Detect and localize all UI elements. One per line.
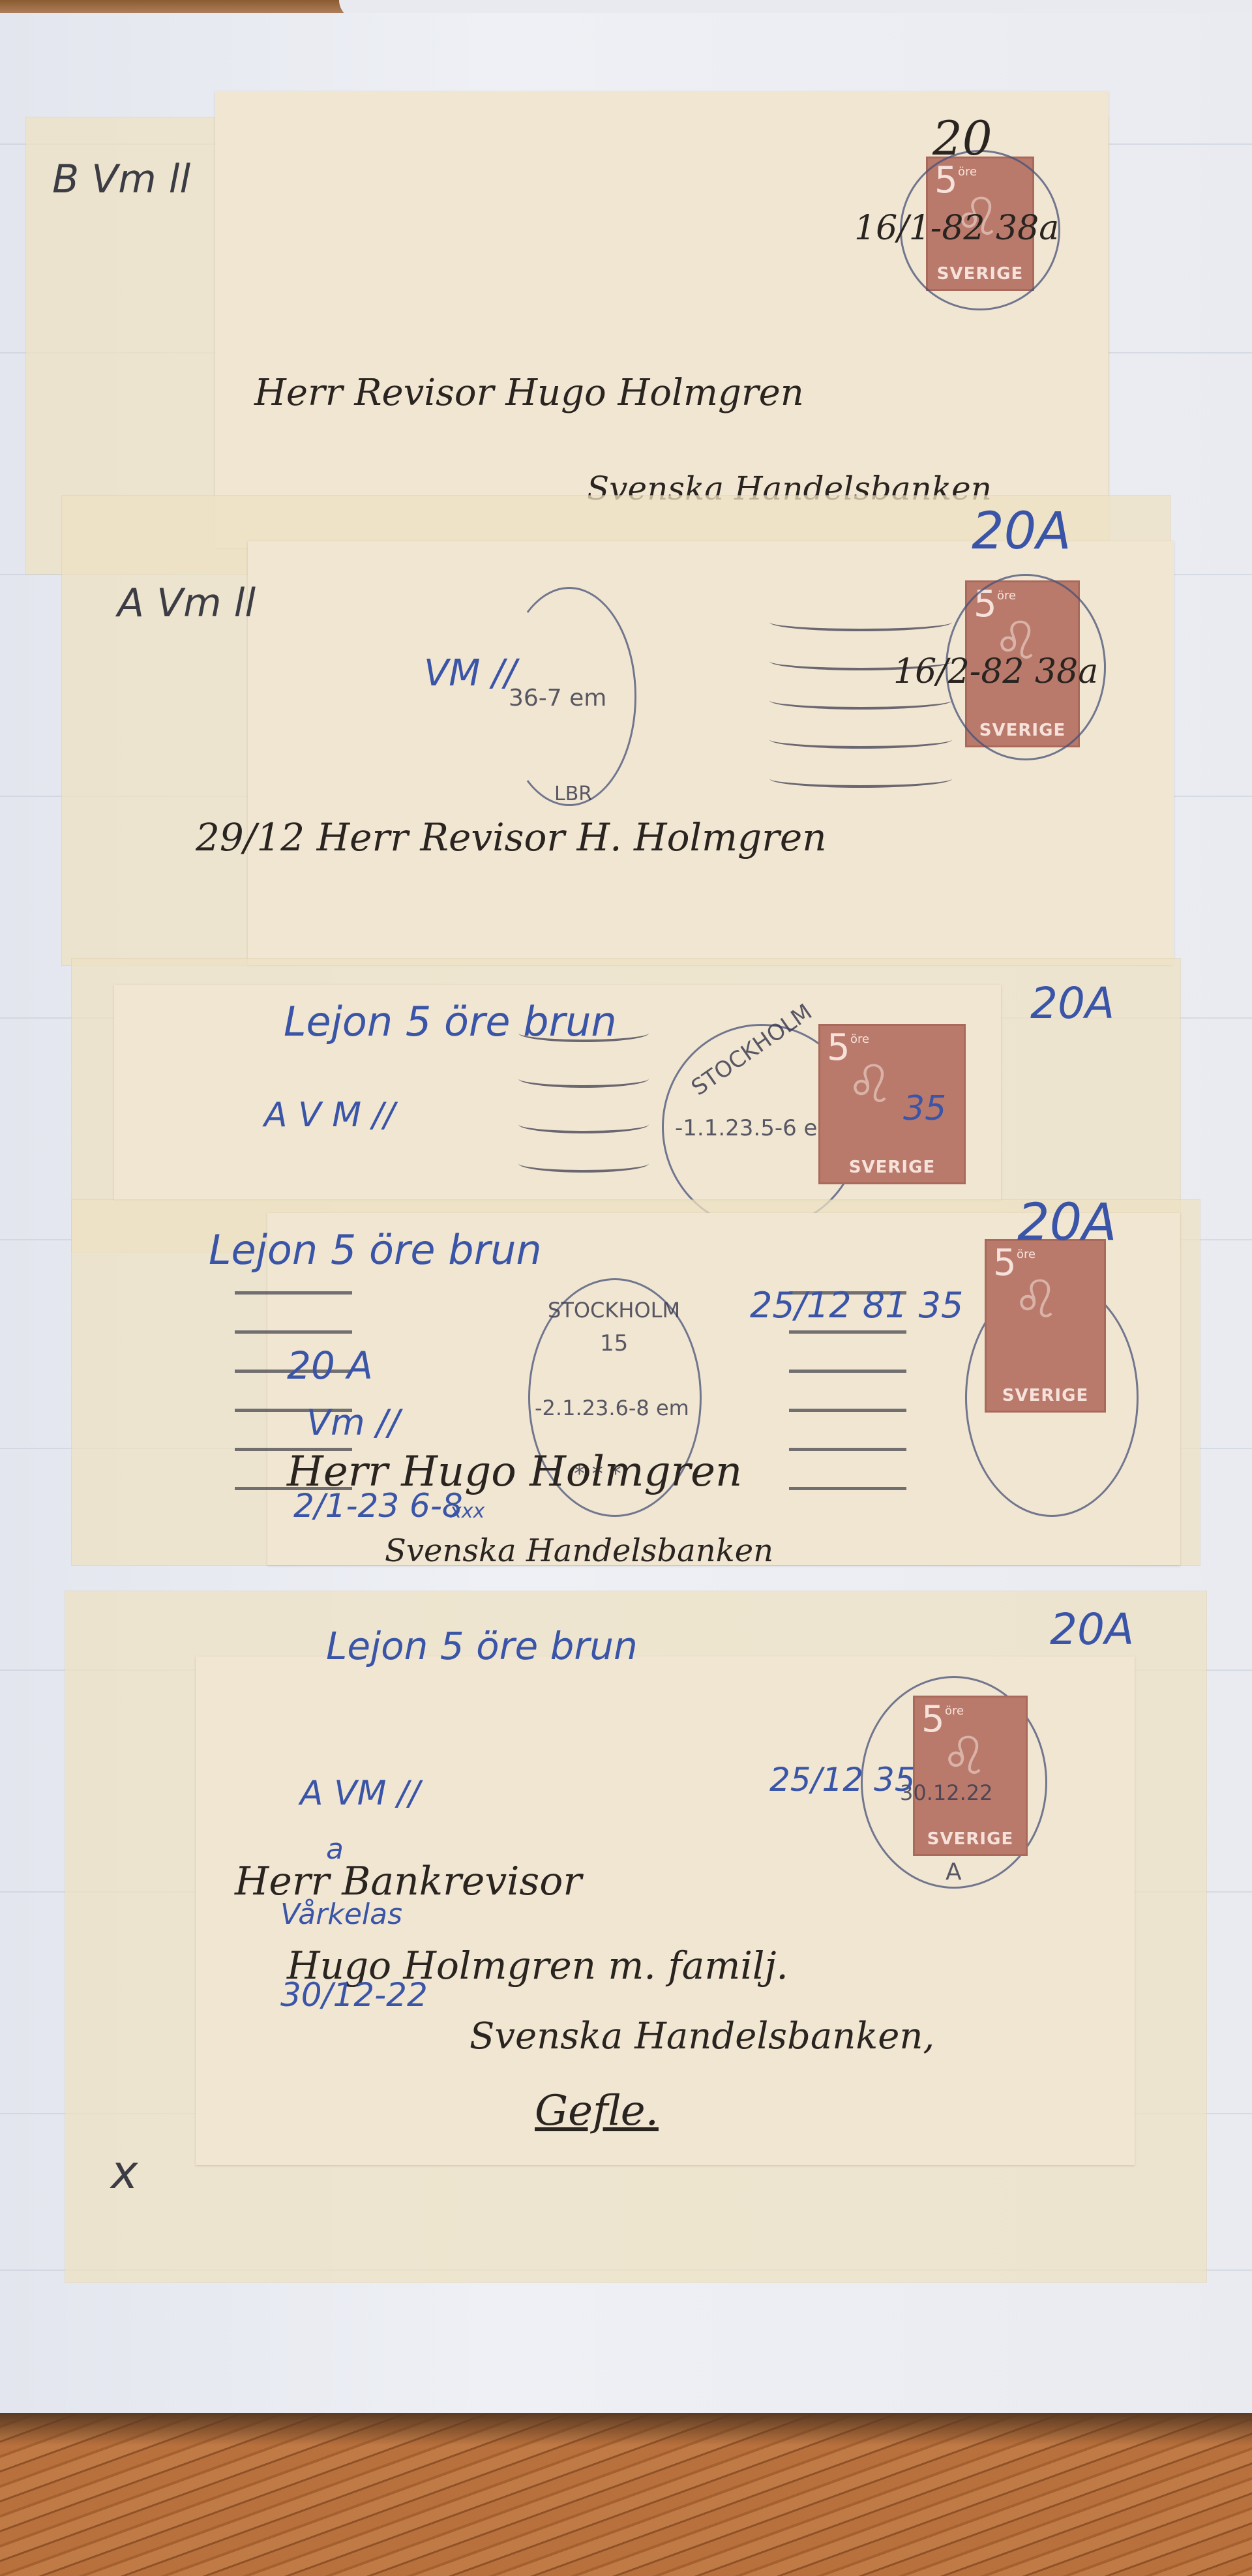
address-line-4: Gefle. bbox=[535, 2087, 659, 2135]
lion-icon: ♌ bbox=[846, 1058, 893, 1111]
cancel-bar bbox=[789, 1370, 906, 1373]
wave-cancel-line bbox=[769, 770, 952, 788]
cancel-date: -1.1.23.5-6 em bbox=[675, 1115, 839, 1141]
cancel-bar bbox=[789, 1330, 906, 1334]
cancel-bar bbox=[789, 1409, 906, 1412]
blue-date: 2/1-23 6-8 bbox=[293, 1487, 463, 1525]
stamp-5-ore-sverige: 5 öre ♌ SVERIGE bbox=[913, 1696, 1028, 1856]
date-note: 25/12 81 35 bbox=[750, 1285, 963, 1326]
wave-cancel-line bbox=[769, 613, 952, 631]
wooden-table bbox=[0, 2413, 1252, 2576]
catalog-number: 20 bbox=[932, 111, 992, 166]
pencil-mark: x bbox=[111, 2146, 138, 2199]
blue-town: Vårkelas bbox=[280, 1898, 402, 1931]
lion-icon: ♌ bbox=[1013, 1274, 1060, 1326]
stamp-5-ore-sverige: 5 öre ♌ SVERIGE bbox=[985, 1239, 1106, 1413]
wrapper-card-2: 36-7 em LBR 5 öre ♌ SVERIGE 16/2-82 38a … bbox=[248, 541, 1174, 965]
blue-note: VM // bbox=[424, 652, 516, 695]
xxx-mark: xxx bbox=[450, 1500, 484, 1523]
heading: Lejon 5 öre brun bbox=[284, 998, 617, 1045]
catalog-number: 20A bbox=[1050, 1604, 1134, 1655]
heading: Lejon 5 öre brun bbox=[326, 1624, 638, 1668]
cancel-bar bbox=[789, 1487, 906, 1490]
postmark-date: 16/1-82 38a bbox=[854, 209, 1059, 248]
wave-cancel-line bbox=[769, 691, 952, 710]
address-line-2: Svenska Handelsbanken bbox=[385, 1533, 773, 1569]
cancel-date: -2.1.23.6-8 em bbox=[535, 1396, 689, 1420]
blue-mark: 35 bbox=[903, 1089, 946, 1128]
heading: Lejon 5 öre brun bbox=[209, 1226, 542, 1274]
cancel-bar bbox=[235, 1291, 352, 1295]
cancel-bar bbox=[235, 1330, 352, 1334]
cancel-bottom-text: LBR bbox=[554, 783, 592, 805]
side-note: 20 A bbox=[287, 1343, 373, 1388]
lion-icon: ♌ bbox=[941, 1730, 988, 1782]
margin-note: B Vm ll bbox=[52, 157, 190, 202]
cancel-town: STOCKHOLM bbox=[548, 1298, 680, 1323]
wave-cancel-line bbox=[518, 1070, 649, 1088]
wave-cancel-line bbox=[518, 1154, 649, 1173]
date-note: 25/12 35 bbox=[769, 1761, 916, 1799]
catalog-number: 20A bbox=[1030, 978, 1114, 1028]
vm-note: Vm // bbox=[306, 1402, 400, 1443]
postmark-date: 16/2-82 38a bbox=[893, 652, 1098, 691]
wave-cancel-line bbox=[518, 1115, 649, 1133]
margin-note: A Vm ll bbox=[117, 580, 256, 626]
address-line-1: 29/12 Herr Revisor H. Holmgren bbox=[196, 815, 827, 860]
catalog-number: 20A bbox=[1017, 1193, 1117, 1252]
wrapper-card-3: STOCKHOLM -1.1.23.5-6 em 5 öre ♌ SVERIGE… bbox=[114, 985, 1001, 1200]
catalog-number: 20A bbox=[972, 502, 1071, 561]
wave-cancel-line bbox=[769, 730, 952, 749]
machine-cancel-time: 36-7 em bbox=[509, 685, 606, 711]
address-line-3: Svenska Handelsbanken, bbox=[469, 2015, 934, 2058]
cancel-bottom-text: A bbox=[946, 1859, 962, 1885]
blue-note: A V M // bbox=[264, 1096, 395, 1135]
cancel-office: 15 bbox=[600, 1330, 628, 1356]
cancel-bar bbox=[789, 1448, 906, 1451]
address-line-1: Herr Revisor Hugo Holmgren bbox=[254, 372, 804, 414]
wrapper-card-1: 5 öre ♌ SVERIGE 20 16/1-82 38a Herr Revi… bbox=[215, 91, 1109, 548]
blue-note: A VM // bbox=[300, 1774, 420, 1813]
blue-date: 30/12-22 bbox=[280, 1976, 428, 2014]
wrapper-card-5: 5 öre ♌ SVERIGE 30.12.22 A 25/12 35 A VM… bbox=[196, 1656, 1135, 2165]
